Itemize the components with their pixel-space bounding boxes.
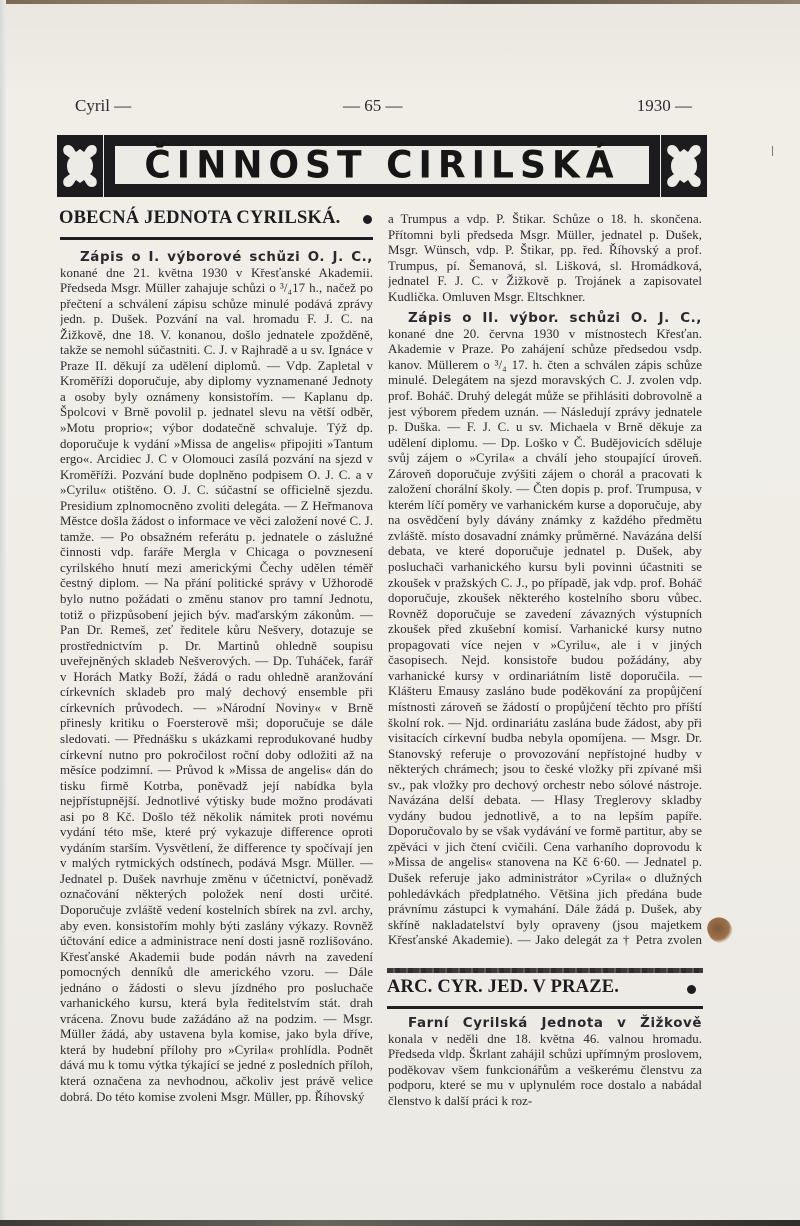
heading-rule — [60, 237, 373, 240]
section-heading-arc-cyr-jed: ARC. CYR. JED. V PRAZE. — [387, 977, 619, 998]
article-lead: Farní Cyrilská Jednota v Žižkově — [408, 1016, 702, 1031]
banner-title: ČINNOST CIRILSKÁ — [144, 143, 619, 186]
running-head-year: 1930 — — [637, 96, 692, 116]
right-column-section-2: Farní Cyrilská Jednota v Žižkově konala … — [388, 1016, 702, 1109]
paper-stain — [704, 913, 737, 947]
article-paragraph: Farní Cyrilská Jednota v Žižkově konala … — [388, 1016, 702, 1109]
running-head-journal: Cyril — — [75, 96, 131, 116]
right-column: a Trumpus a vdp. P. Štikar. Schůze o 18.… — [388, 212, 702, 947]
page-number: — 65 — — [343, 96, 403, 116]
section-divider — [387, 968, 703, 973]
left-column: Zápis o I. výborové schůzi O. J. C., kon… — [60, 250, 373, 1110]
page-bottom-edge — [0, 1220, 800, 1226]
section-heading-obecna-jednota: OBECNÁ JEDNOTA CYRILSKÁ. — [59, 208, 341, 229]
bullet-icon — [363, 215, 372, 224]
page-left-edge — [0, 0, 6, 1226]
banner-title-box: ČINNOST CIRILSKÁ — [115, 146, 649, 184]
quatrefoil-ornament-icon — [57, 135, 103, 197]
article-text: konané dne 20. června 1930 v místnostech… — [388, 327, 702, 947]
article-paragraph-continued: a Trumpus a vdp. P. Štikar. Schůze o 18.… — [388, 212, 702, 305]
article-text: konala v neděli dne 18. května 46. valno… — [388, 1032, 702, 1108]
article-lead: Zápis o II. výbor. schůzi O. J. C., — [408, 311, 702, 326]
article-paragraph: Zápis o II. výbor. schůzi O. J. C., kona… — [388, 311, 702, 947]
scanned-page: Cyril — — 65 — 1930 — ČINNOST CIRILSKÁ O… — [0, 0, 800, 1226]
quatrefoil-ornament-icon — [661, 135, 707, 197]
section-banner: ČINNOST CIRILSKÁ — [57, 135, 707, 197]
page-top-edge — [0, 0, 800, 4]
running-head: Cyril — — 65 — 1930 — — [75, 96, 690, 118]
article-text: konané dne 21. května 1930 v Křesťanské … — [60, 266, 373, 1104]
bullet-icon — [687, 985, 696, 994]
heading-rule — [387, 1006, 703, 1009]
article-lead: Zápis o I. výborové schůzi O. J. C., — [80, 250, 373, 265]
article-paragraph: Zápis o I. výborové schůzi O. J. C., kon… — [60, 250, 373, 1105]
margin-mark — [772, 146, 773, 156]
